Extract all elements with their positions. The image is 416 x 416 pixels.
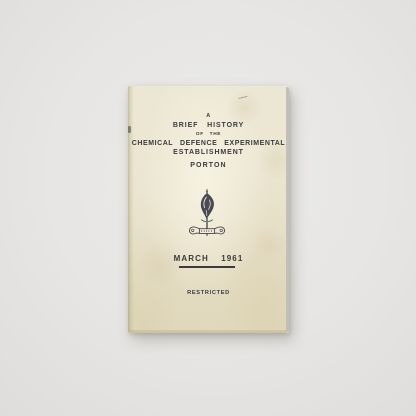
cover-title-line: BRIEF HISTORY <box>128 122 289 129</box>
cover-title-line: A <box>128 113 289 119</box>
photo-scene: A BRIEF HISTORY OF THE CHEMICAL DEFENCE … <box>0 0 416 416</box>
date-underline <box>179 266 235 268</box>
cover-title-line: ESTABLISHMENT <box>128 149 289 156</box>
cover-title-line: CHEMICAL DEFENCE EXPERIMENTAL <box>128 140 289 147</box>
date-label: MARCH 1961 <box>128 254 289 263</box>
cover-title-line: OF THE <box>128 132 289 137</box>
booklet-cover: A BRIEF HISTORY OF THE CHEMICAL DEFENCE … <box>128 86 289 333</box>
classification-label: RESTRICTED <box>128 290 289 296</box>
flaming-torch-crest-icon <box>128 188 285 238</box>
bottom-page-edge <box>129 330 287 333</box>
cover-title-line: PORTON <box>128 162 289 169</box>
pencil-mark <box>238 92 248 99</box>
